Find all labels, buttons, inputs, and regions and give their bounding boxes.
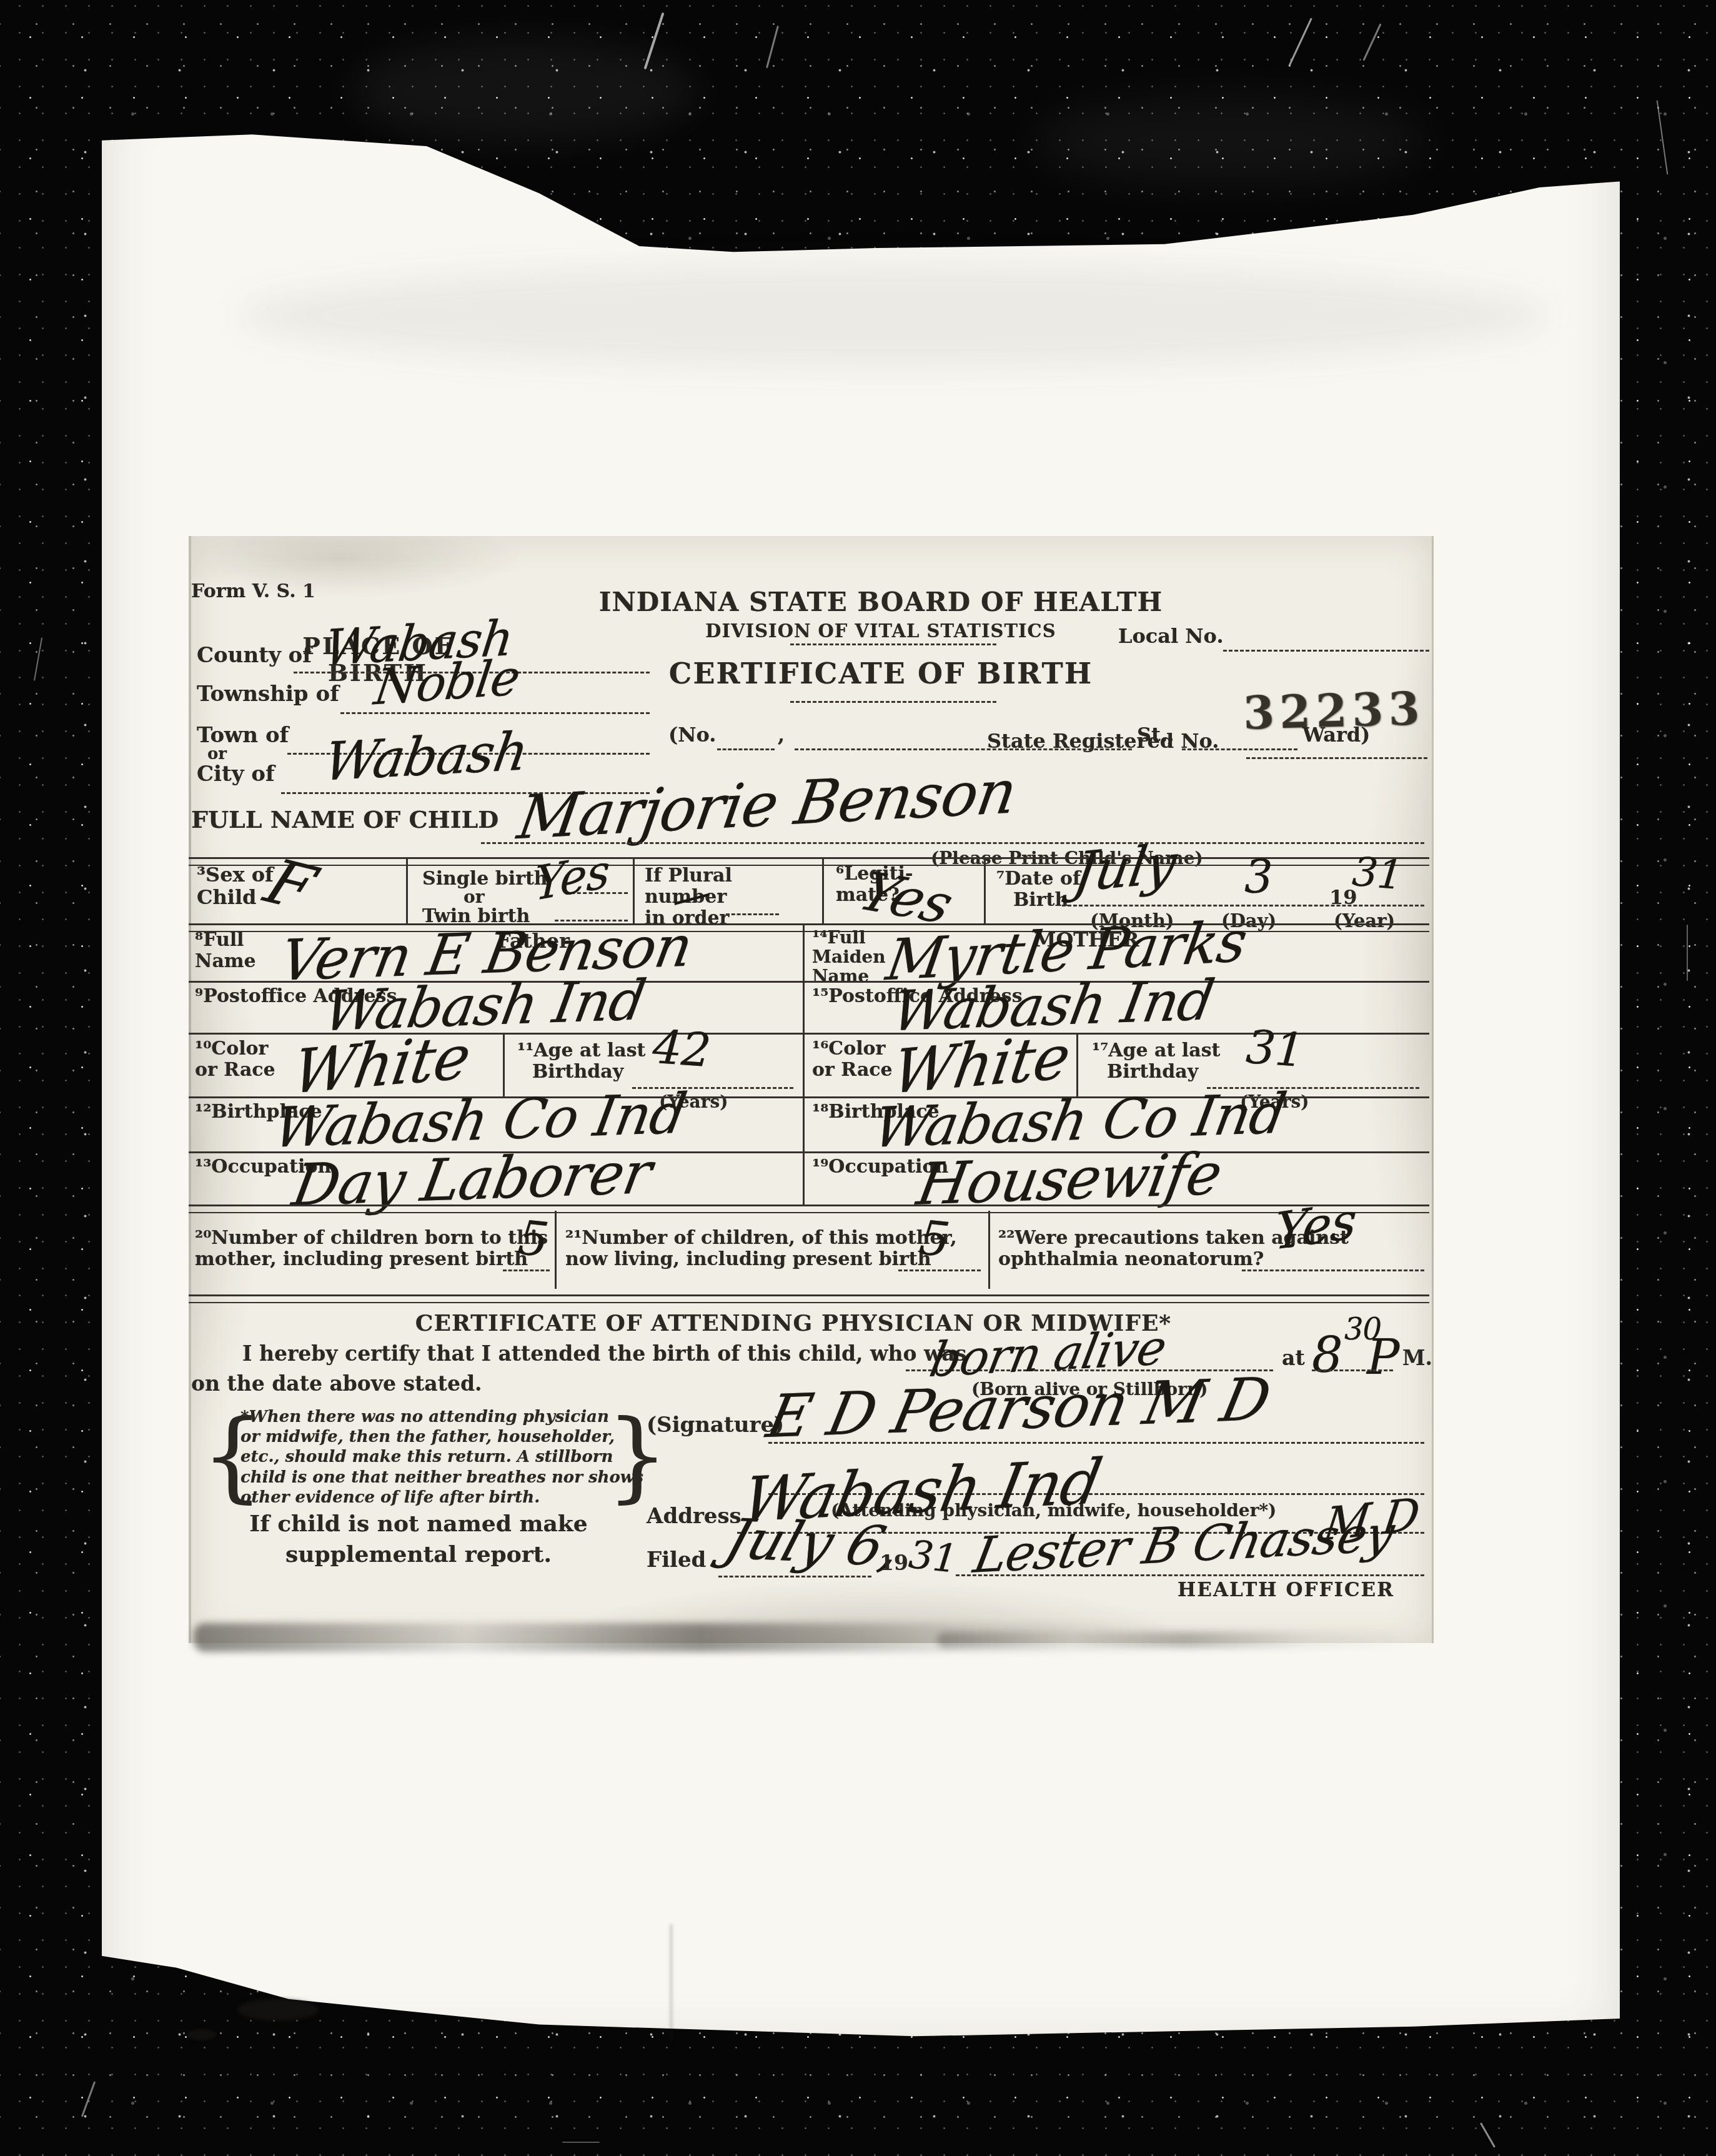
mother-age-label: ¹⁷Age at last xyxy=(1092,1040,1220,1061)
film-scratch xyxy=(1687,925,1688,981)
city-value: Wabash xyxy=(320,720,532,793)
dashed-line xyxy=(717,748,775,750)
film-fog xyxy=(350,37,700,144)
address-label: Address xyxy=(647,1504,741,1529)
full-name-label: FULL NAME OF CHILD xyxy=(191,806,498,833)
certificate-title: CERTIFICATE OF BIRTH xyxy=(597,657,1165,690)
father-birthday-word: Birthday xyxy=(532,1061,623,1083)
time-meridiem-value: P xyxy=(1367,1329,1399,1386)
dashed-line xyxy=(1223,650,1429,652)
township-value: Noble xyxy=(371,649,523,716)
children-living-value: 5 xyxy=(916,1210,951,1268)
dashed-line xyxy=(956,1574,1424,1576)
filed-year-value: 31 xyxy=(906,1531,959,1582)
paper-mark xyxy=(237,1999,319,2020)
at-label: at xyxy=(1282,1346,1305,1370)
street-comma: , xyxy=(778,723,785,746)
birth-word: Birth xyxy=(1013,890,1068,911)
dashed-line xyxy=(481,842,1424,844)
mother-age-value: 31 xyxy=(1244,1020,1306,1078)
signature-label: (Signature) xyxy=(647,1413,784,1438)
cell-divider xyxy=(406,857,408,923)
children-living-label: ²¹Number of children, of this mother, no… xyxy=(565,1228,957,1270)
double-rule xyxy=(189,857,1429,866)
birth-day-value: 3 xyxy=(1244,851,1272,903)
sheet-bottom-smudge xyxy=(937,1632,1412,1648)
health-officer-md: M D xyxy=(1321,1488,1422,1551)
film-scratch xyxy=(562,2142,600,2143)
board-title: INDIANA STATE BOARD OF HEALTH xyxy=(597,587,1165,617)
no-attendant-note: *When there was no attending physician o… xyxy=(241,1407,643,1508)
time-hour-value: 8 xyxy=(1312,1328,1342,1384)
scanned-birth-certificate: Form V. S. 1 PLACE OF BIRTH County of Wa… xyxy=(0,0,1716,2156)
m-label: M. xyxy=(1402,1346,1432,1370)
filed-year-printed: 19 xyxy=(880,1551,908,1575)
mother-birthday-word: Birthday xyxy=(1107,1061,1198,1083)
dashed-line xyxy=(1062,905,1424,907)
dashed-line xyxy=(1242,1269,1424,1271)
supplemental-note: If child is not named make supplemental … xyxy=(237,1509,600,1569)
children-born-value: 5 xyxy=(515,1210,550,1268)
paper-crease xyxy=(670,1924,673,2043)
filed-label: Filed xyxy=(647,1548,706,1572)
father-age-label: ¹¹Age at last xyxy=(517,1040,645,1061)
mother-name-label: ¹⁴Full Maiden Name xyxy=(812,928,886,986)
father-name-label: ⁸Full Name xyxy=(195,930,256,972)
dashed-line xyxy=(1246,757,1427,759)
city-label: City of xyxy=(197,762,275,787)
dashed-line xyxy=(1312,1369,1393,1371)
division-subtitle: DIVISION OF VITAL STATISTICS xyxy=(597,621,1165,642)
dashed-rule xyxy=(790,643,996,645)
township-label: Township of xyxy=(197,682,339,707)
precautions-value: Yes xyxy=(1272,1191,1358,1261)
children-born-label: ²⁰Number of children born to this mother… xyxy=(195,1228,548,1270)
dashed-rule xyxy=(790,701,996,703)
county-label: County of xyxy=(197,643,312,668)
street-no-label: (No. xyxy=(668,723,716,746)
dashed-line xyxy=(898,1269,981,1271)
cell-divider xyxy=(1076,1033,1078,1096)
film-fog xyxy=(1031,94,1431,187)
certify-text-2: on the date above stated. xyxy=(191,1372,482,1396)
dashed-line xyxy=(718,1576,871,1577)
cell-divider xyxy=(988,1211,990,1289)
cell-divider xyxy=(633,857,635,923)
certify-text-1: I hereby certify that I attended the bir… xyxy=(242,1342,966,1366)
double-rule xyxy=(189,1294,1429,1303)
birth-month-value: July xyxy=(1069,832,1180,905)
dashed-line xyxy=(503,1269,550,1271)
street-st-label: St., xyxy=(1137,723,1174,746)
column-divider xyxy=(803,923,805,1205)
dashed-line xyxy=(1182,748,1297,750)
local-no-label: Local No. xyxy=(1118,625,1224,647)
single-birth-label: Single birth xyxy=(422,868,548,890)
street-ward-label: Ward) xyxy=(1302,723,1370,746)
father-age-value: 42 xyxy=(651,1020,712,1078)
cell-divider xyxy=(555,1211,557,1289)
paper-shadow-band xyxy=(237,262,1549,369)
birth-year-value: 31 xyxy=(1351,849,1404,900)
mother-color-label: ¹⁶Color or Race xyxy=(812,1038,893,1081)
date-of-birth-label: ⁷Date of xyxy=(996,868,1081,890)
dashed-line xyxy=(726,913,779,915)
paper-mark xyxy=(187,2029,216,2040)
dashed-line xyxy=(768,1442,1424,1444)
or-label: or xyxy=(464,887,484,907)
town-label: Town of xyxy=(197,723,289,748)
cell-divider xyxy=(984,857,986,923)
health-officer-label: HEALTH OFFICER xyxy=(1178,1579,1394,1601)
dashed-line xyxy=(795,748,1132,750)
father-color-label: ¹⁰Color or Race xyxy=(195,1038,275,1081)
cell-divider xyxy=(822,857,824,923)
double-rule xyxy=(189,1205,1429,1213)
form-number: Form V. S. 1 xyxy=(191,581,315,602)
